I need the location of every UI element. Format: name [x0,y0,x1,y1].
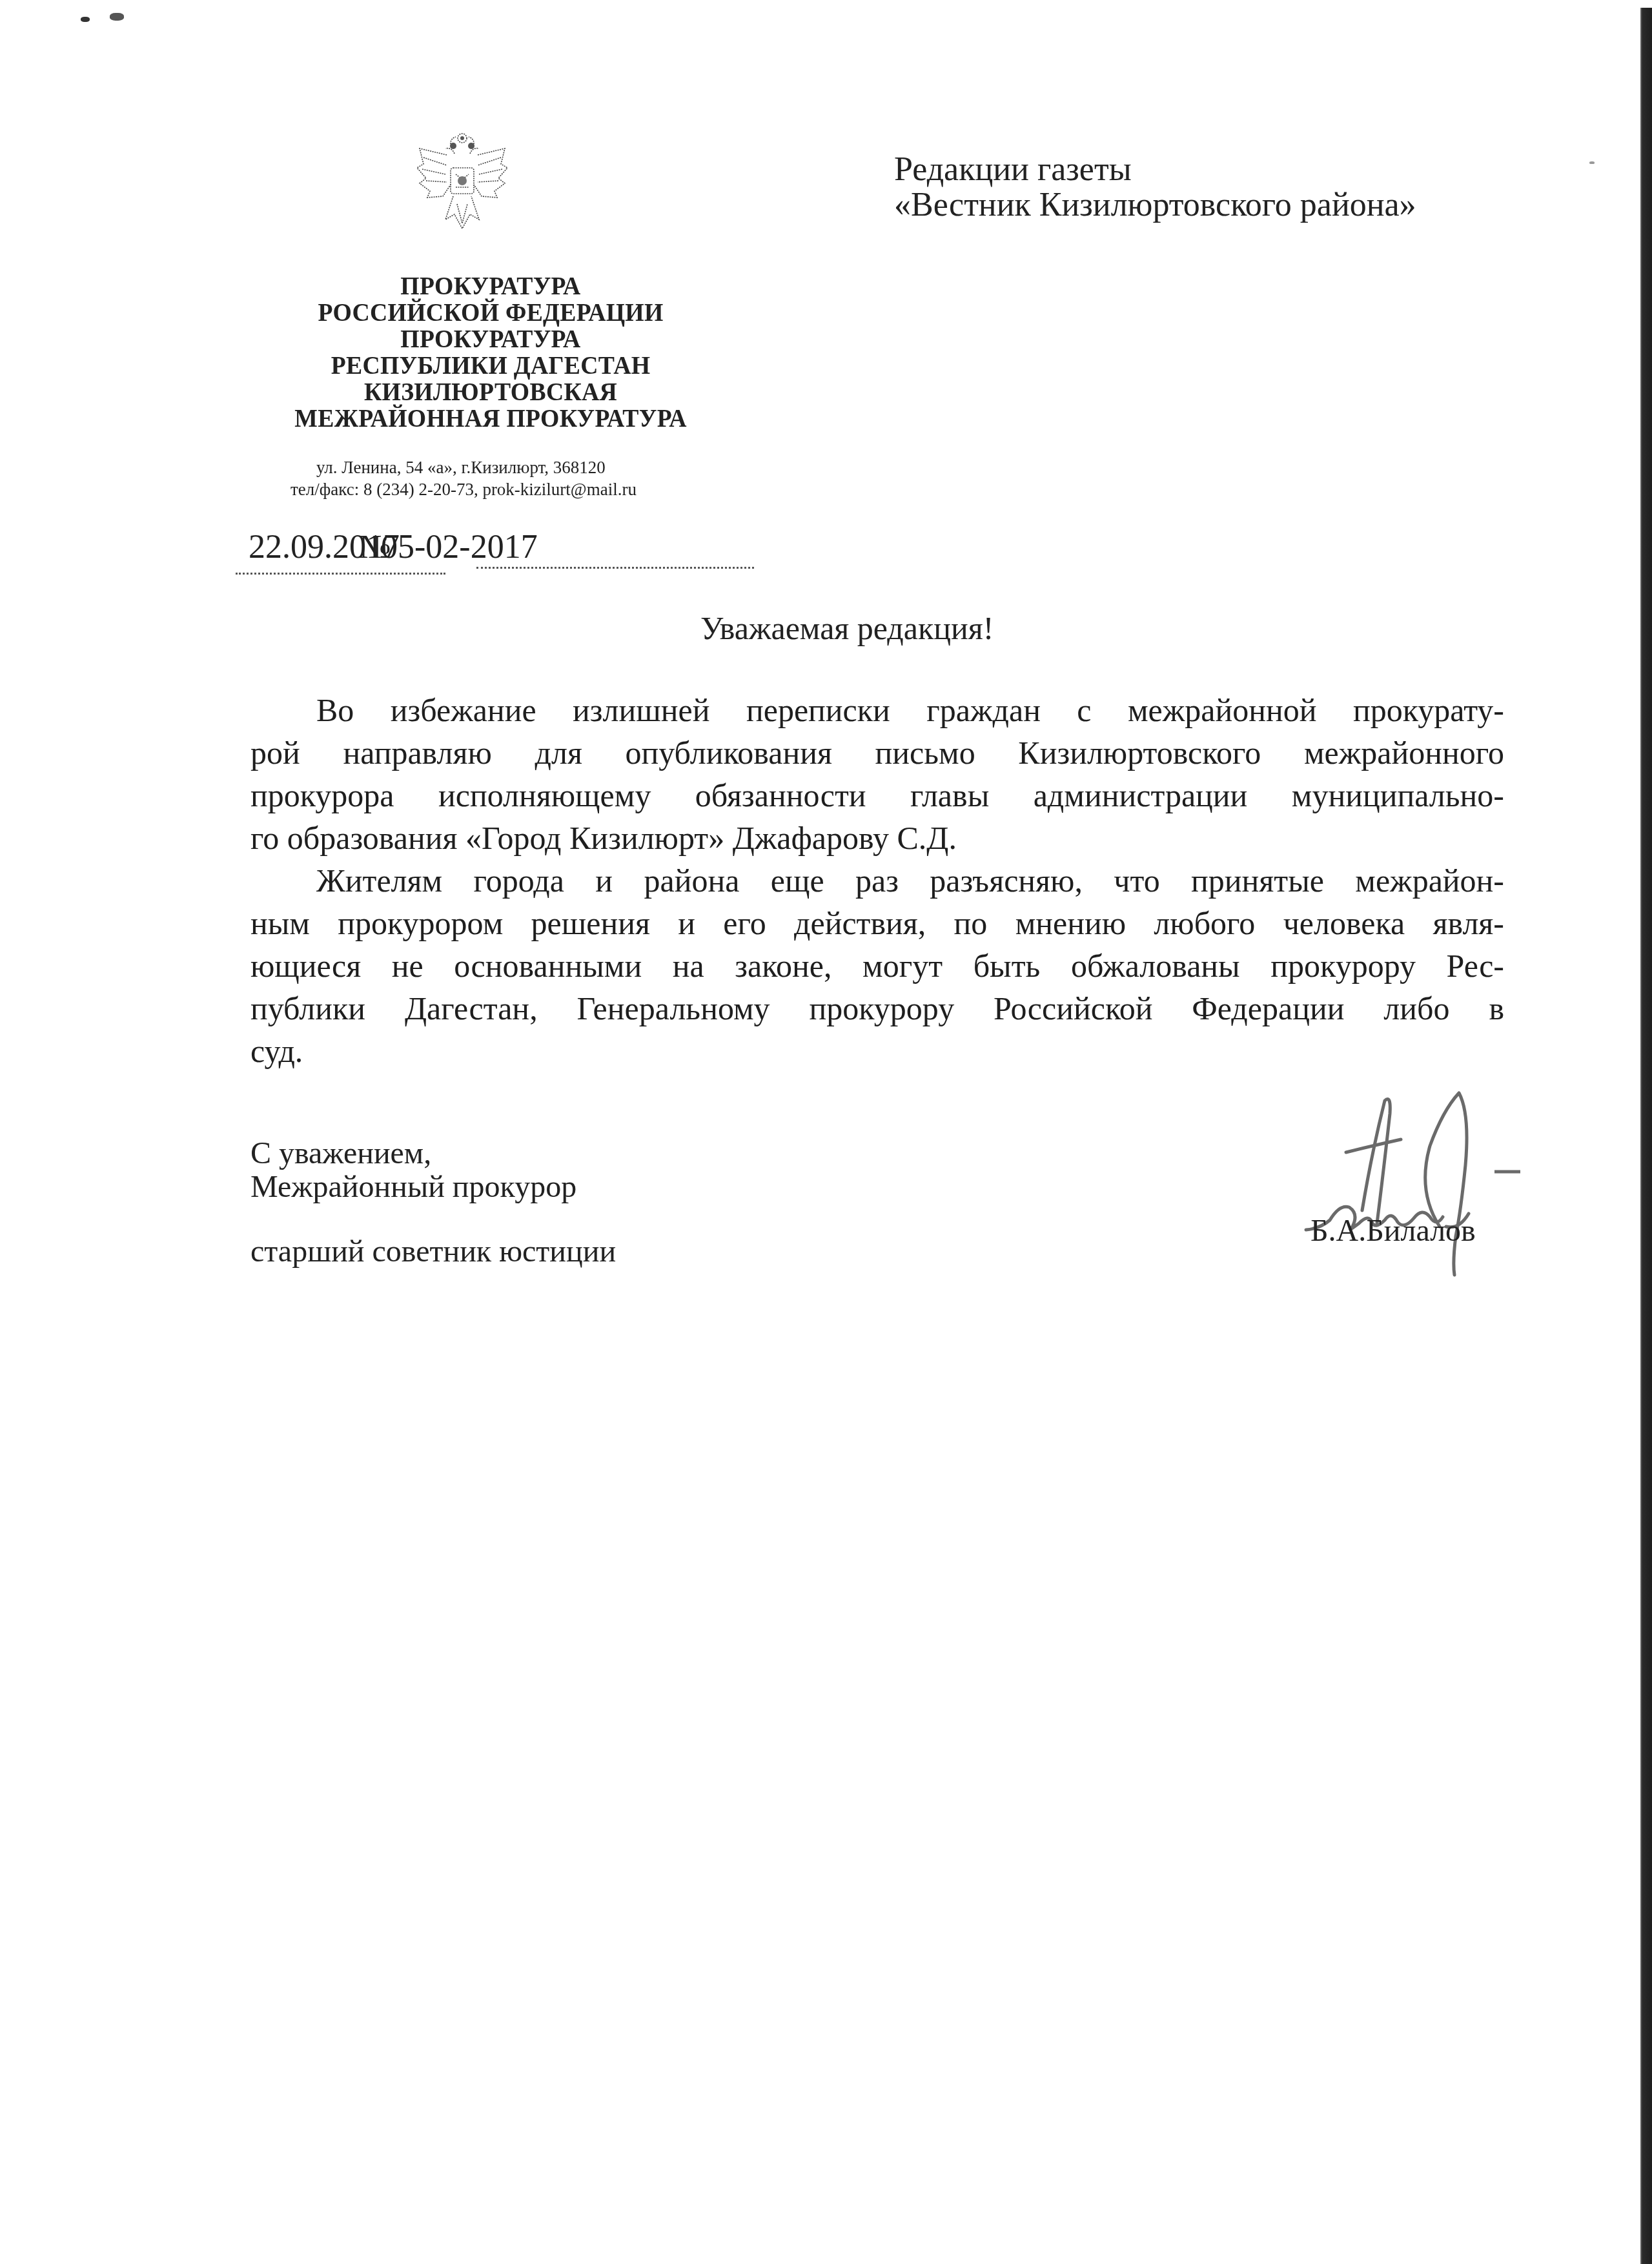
body-line: го образования «Город Кизилюрт» Джафаров… [250,819,1504,857]
organization-title: ПРОКУРАТУРА РОССИЙСКОЙ ФЕДЕРАЦИИ ПРОКУРА… [232,272,749,431]
scan-speck [81,17,90,22]
organization-contacts: тел/факс: 8 (234) 2-20-73, prok-kizilurt… [291,480,637,499]
scanner-edge [1640,8,1652,2264]
organization-line: РОССИЙСКОЙ ФЕДЕРАЦИИ [253,299,728,325]
number-underline [476,567,754,569]
handwritten-signature-icon [1301,1075,1527,1288]
organization-line: ПРОКУРАТУРА [253,272,728,299]
addressee-line: «Вестник Кизилюртовского района» [894,187,1416,223]
scan-speck [1589,161,1595,164]
body-line: суд. [250,1032,1504,1070]
body-line: прокурора исполняющему обязанности главы… [250,776,1504,815]
scan-speck [110,13,124,21]
body-line: публики Дагестан, Генеральному прокурору… [250,989,1504,1028]
organization-address: ул. Ленина, 54 «а», г.Кизилюрт, 368120 [316,458,606,477]
organization-line: КИЗИЛЮРТОВСКАЯ [253,378,728,405]
organization-line: РЕСПУБЛИКИ ДАГЕСТАН [253,352,728,378]
date-underline [236,573,445,575]
addressee-line: Редакции газеты [894,152,1416,187]
addressee-block: Редакции газеты «Вестник Кизилюртовского… [894,152,1416,223]
organization-line: ПРОКУРАТУРА [253,325,728,352]
signer-name: Б.А.Билалов [1310,1214,1476,1249]
body-line: рой направляю для опубликования письмо К… [250,733,1504,772]
body-line: ющиеся не основанными на законе, могут б… [250,946,1504,985]
greeting: Уважаемая редакция! [700,610,994,646]
organization-line: МЕЖРАЙОННАЯ ПРОКУРАТУРА [253,405,728,431]
russian-coat-of-arms-icon [414,129,510,232]
signer-position: Межрайонный прокурор [250,1170,576,1205]
registration-number: 05-02-2017 [381,529,538,566]
signer-rank: старший советник юстиции [250,1234,616,1269]
closing-salutation: С уважением, [250,1136,431,1171]
body-line: Во избежание излишней переписки граждан … [316,691,1504,729]
body-line: ным прокурором решения и его действия, п… [250,904,1504,943]
body-line: Жителям города и района еще раз разъясня… [316,861,1504,900]
